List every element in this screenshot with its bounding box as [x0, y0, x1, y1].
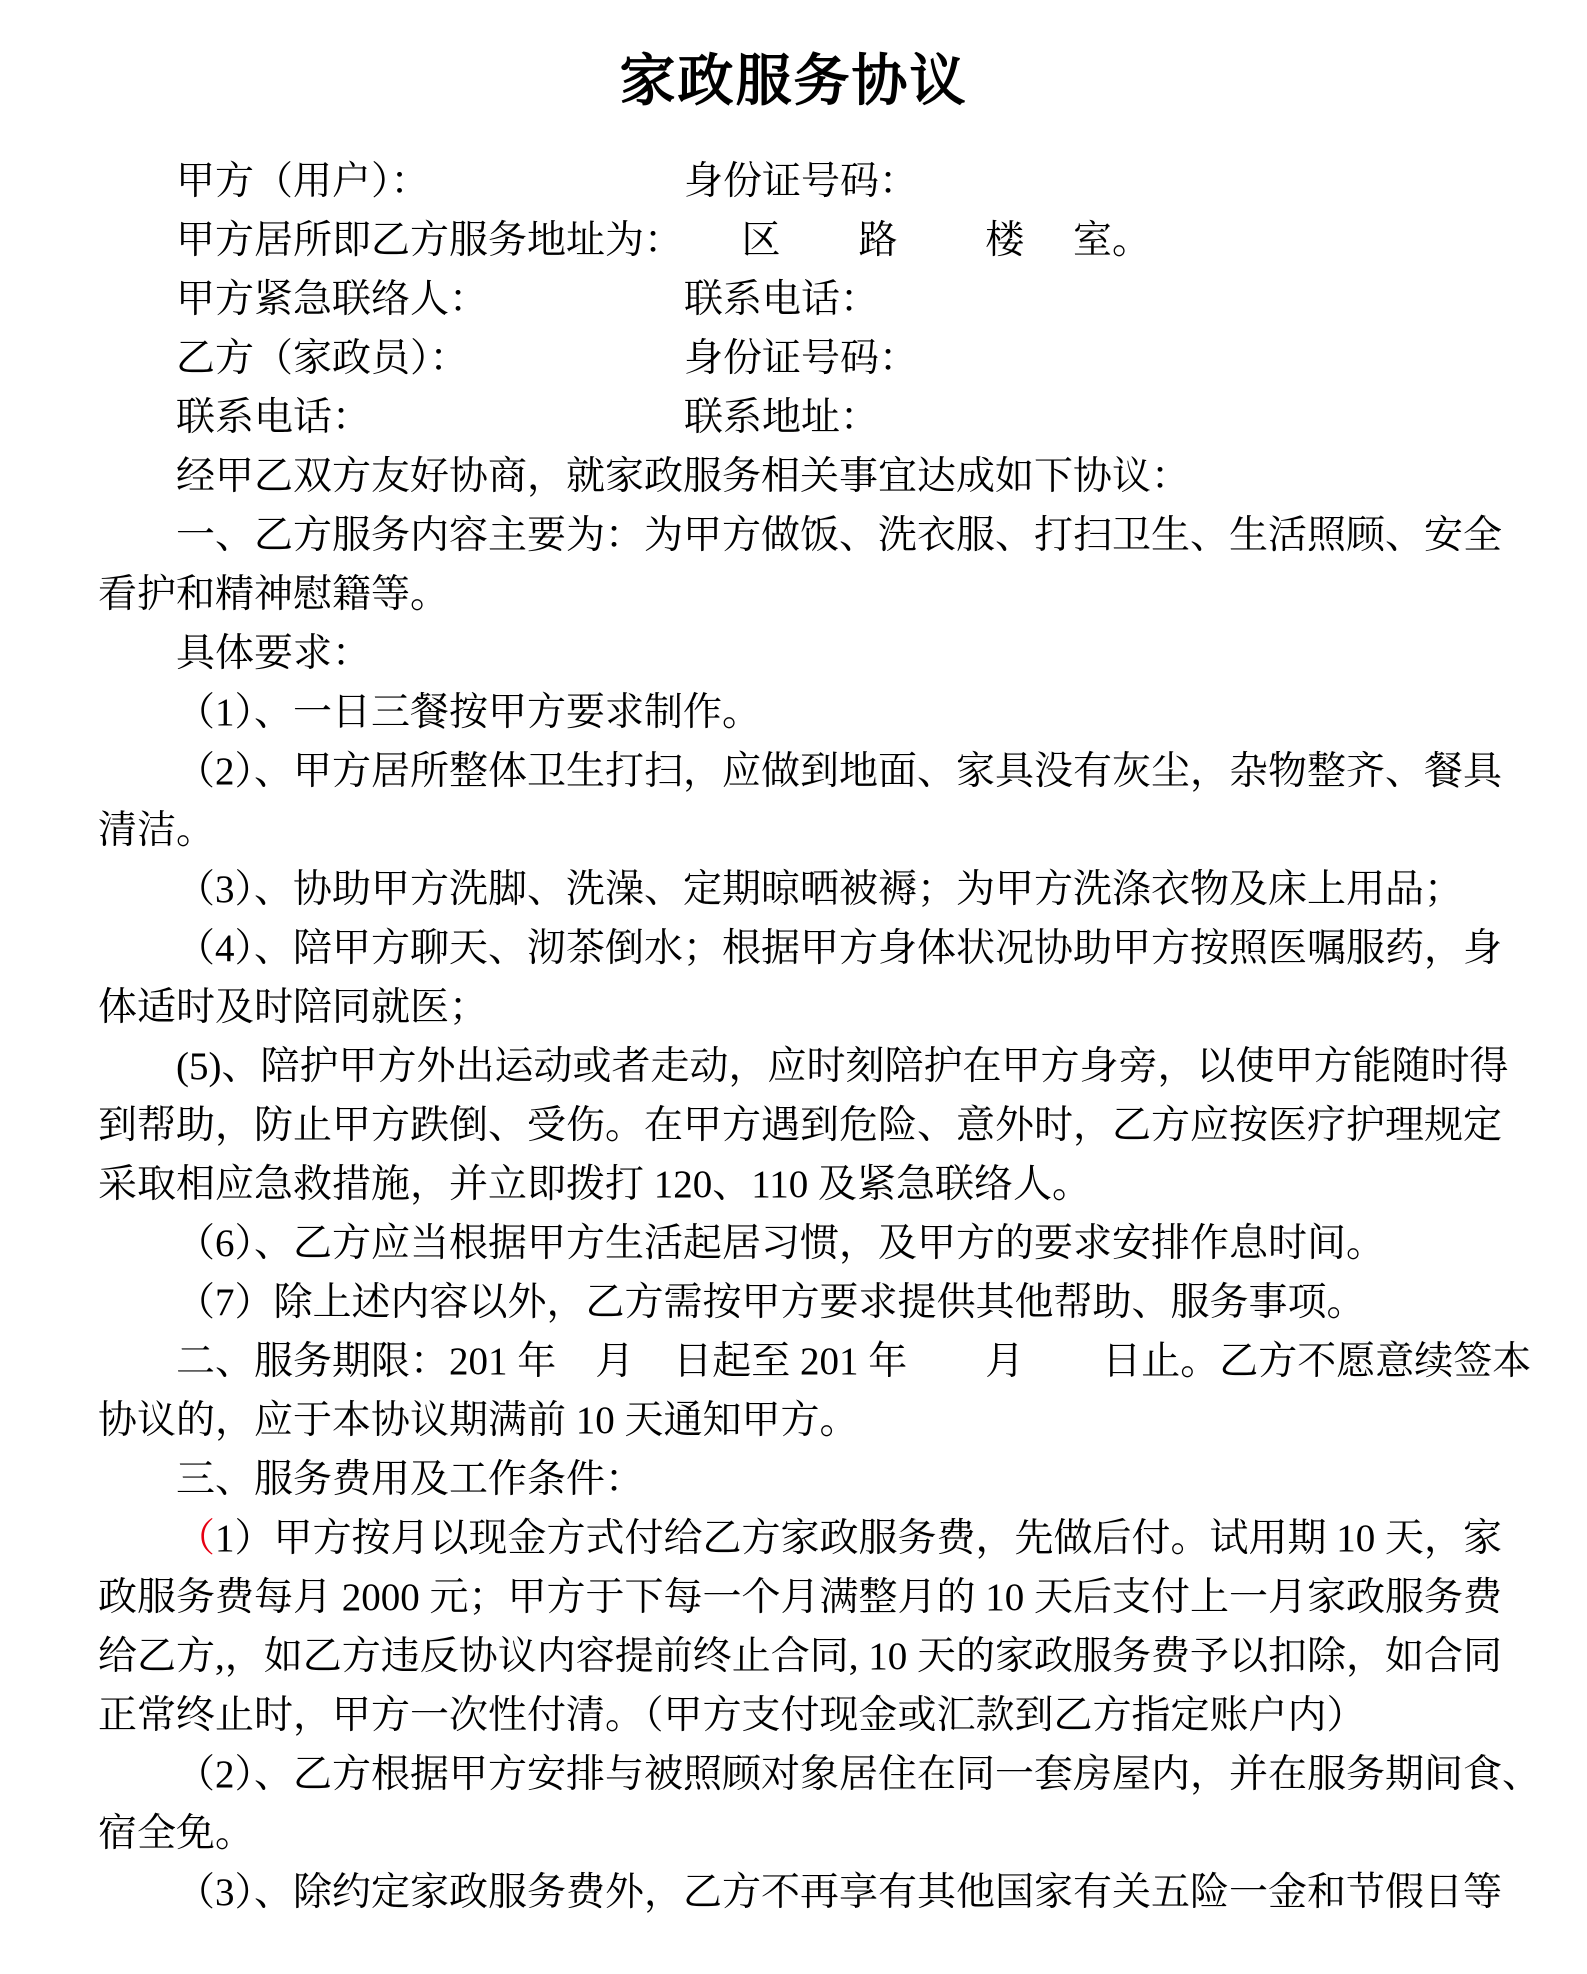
- document-line: 正常终止时，甲方一次性付清。（甲方支付现金或汇款到乙方指定账户内）: [98, 1686, 1517, 1745]
- text-run: （2）、乙方根据甲方安排与被照顾对象居住在同一套房屋内，并在服务期间食、: [176, 1753, 1541, 1796]
- text-run: （1）、一日三餐按甲方要求制作。: [176, 691, 761, 734]
- field-label: 甲方（用户）：: [176, 152, 684, 211]
- document-line: 具体要求：: [98, 624, 1517, 683]
- text-run: 政服务费每月 2000 元；甲方于下每一个月满整月的 10 天后支付上一月家政服…: [98, 1576, 1502, 1619]
- text-run: 采取相应急救措施，并立即拨打 120、110 及紧急联络人。: [98, 1163, 1091, 1206]
- field-label: 乙方（家政员）：: [176, 329, 684, 388]
- document-line: 清洁。: [98, 801, 1517, 860]
- document-line: 经甲乙双方友好协商，就家政服务相关事宜达成如下协议：: [98, 447, 1517, 506]
- field-label: 甲方紧急联络人：: [176, 270, 684, 329]
- document-line: 三、服务费用及工作条件：: [98, 1450, 1517, 1509]
- field-label: 联系电话：: [176, 388, 684, 447]
- document-line: （1）甲方按月以现金方式付给乙方家政服务费，先做后付。试用期 10 天，家: [98, 1509, 1517, 1568]
- text-run: 看护和精神慰籍等。: [98, 573, 449, 616]
- text-run: 给乙方,，如乙方违反协议内容提前终止合同, 10 天的家政服务费予以扣除，如合同: [98, 1635, 1502, 1678]
- document-page: 家政服务协议 甲方（用户）：身份证号码：甲方居所即乙方服务地址为： 区 路 楼 …: [0, 0, 1587, 1974]
- document-line: 协议的，应于本协议期满前 10 天通知甲方。: [98, 1391, 1517, 1450]
- document-body: 甲方（用户）：身份证号码：甲方居所即乙方服务地址为： 区 路 楼 室。甲方紧急联…: [98, 152, 1517, 1922]
- document-line: 政服务费每月 2000 元；甲方于下每一个月满整月的 10 天后支付上一月家政服…: [98, 1568, 1517, 1627]
- text-run: （3）、除约定家政服务费外，乙方不再享有其他国家有关五险一金和节假日等: [176, 1871, 1502, 1914]
- document-line: 采取相应急救措施，并立即拨打 120、110 及紧急联络人。: [98, 1155, 1517, 1214]
- document-line: 宿全免。: [98, 1804, 1517, 1863]
- document-line: 看护和精神慰籍等。: [98, 565, 1517, 624]
- document-line: (5)、陪护甲方外出运动或者走动，应时刻陪护在甲方身旁，以使甲方能随时得: [98, 1037, 1517, 1096]
- text-run: 体适时及时陪同就医；: [98, 986, 488, 1029]
- text-run: 一、乙方服务内容主要为：为甲方做饭、洗衣服、打扫卫生、生活照顾、安全: [176, 514, 1502, 557]
- document-line: 甲方居所即乙方服务地址为： 区 路 楼 室。: [98, 211, 1517, 270]
- field-value: 身份证号码：: [684, 337, 918, 380]
- text-run: 宿全免。: [98, 1812, 254, 1855]
- document-line: 联系电话：联系地址：: [98, 388, 1517, 447]
- text-run: 二、服务期限：201 年 月 日起至 201 年 月 日止。乙方不愿意续签本: [176, 1340, 1531, 1383]
- document-line: （6）、乙方应当根据甲方生活起居习惯，及甲方的要求安排作息时间。: [98, 1214, 1517, 1273]
- text-run: 经甲乙双方友好协商，就家政服务相关事宜达成如下协议：: [176, 455, 1190, 498]
- document-line: （2）、甲方居所整体卫生打扫，应做到地面、家具没有灰尘，杂物整齐、餐具: [98, 742, 1517, 801]
- text-run: 清洁。: [98, 809, 215, 852]
- text-run: 协议的，应于本协议期满前 10 天通知甲方。: [98, 1399, 859, 1442]
- text-run: 具体要求：: [176, 632, 371, 675]
- document-line: （7）除上述内容以外，乙方需按甲方要求提供其他帮助、服务事项。: [98, 1273, 1517, 1332]
- document-line: （3）、协助甲方洗脚、洗澡、定期晾晒被褥；为甲方洗涤衣物及床上用品；: [98, 860, 1517, 919]
- field-value: 身份证号码：: [684, 160, 918, 203]
- text-run: 正常终止时，甲方一次性付清。（甲方支付现金或汇款到乙方指定账户内）: [98, 1694, 1366, 1737]
- document-line: 到帮助，防止甲方跌倒、受伤。在甲方遇到危险、意外时，乙方应按医疗护理规定: [98, 1096, 1517, 1155]
- text-run: （2）、甲方居所整体卫生打扫，应做到地面、家具没有灰尘，杂物整齐、餐具: [176, 750, 1502, 793]
- document-line: （3）、除约定家政服务费外，乙方不再享有其他国家有关五险一金和节假日等: [98, 1863, 1517, 1922]
- document-title: 家政服务协议: [0, 48, 1587, 116]
- document-line: （4）、陪甲方聊天、沏茶倒水；根据甲方身体状况协助甲方按照医嘱服药，身: [98, 919, 1517, 978]
- text-run: （3）、协助甲方洗脚、洗澡、定期晾晒被褥；为甲方洗涤衣物及床上用品；: [176, 868, 1463, 911]
- text-run: （7）除上述内容以外，乙方需按甲方要求提供其他帮助、服务事项。: [176, 1281, 1366, 1324]
- text-run: 甲方居所即乙方服务地址为： 区 路 楼 室。: [176, 219, 1151, 262]
- text-run: （4）、陪甲方聊天、沏茶倒水；根据甲方身体状况协助甲方按照医嘱服药，身: [176, 927, 1502, 970]
- text-run: 1）甲方按月以现金方式付给乙方家政服务费，先做后付。试用期 10 天，家: [215, 1517, 1502, 1560]
- field-value: 联系地址：: [684, 396, 879, 439]
- text-run: 三、服务费用及工作条件：: [176, 1458, 644, 1501]
- document-line: （2）、乙方根据甲方安排与被照顾对象居住在同一套房屋内，并在服务期间食、: [98, 1745, 1517, 1804]
- text-run: （6）、乙方应当根据甲方生活起居习惯，及甲方的要求安排作息时间。: [176, 1222, 1385, 1265]
- document-line: 乙方（家政员）：身份证号码：: [98, 329, 1517, 388]
- text-run: (5)、陪护甲方外出运动或者走动，应时刻陪护在甲方身旁，以使甲方能随时得: [176, 1045, 1508, 1088]
- text-run: 到帮助，防止甲方跌倒、受伤。在甲方遇到危险、意外时，乙方应按医疗护理规定: [98, 1104, 1502, 1147]
- document-line: 二、服务期限：201 年 月 日起至 201 年 月 日止。乙方不愿意续签本: [98, 1332, 1517, 1391]
- document-line: 甲方紧急联络人：联系电话：: [98, 270, 1517, 329]
- document-line: （1）、一日三餐按甲方要求制作。: [98, 683, 1517, 742]
- red-parenthesis: （: [176, 1517, 215, 1560]
- document-line: 给乙方,，如乙方违反协议内容提前终止合同, 10 天的家政服务费予以扣除，如合同: [98, 1627, 1517, 1686]
- document-line: 体适时及时陪同就医；: [98, 978, 1517, 1037]
- field-value: 联系电话：: [684, 278, 879, 321]
- document-line: 甲方（用户）：身份证号码：: [98, 152, 1517, 211]
- document-line: 一、乙方服务内容主要为：为甲方做饭、洗衣服、打扫卫生、生活照顾、安全: [98, 506, 1517, 565]
